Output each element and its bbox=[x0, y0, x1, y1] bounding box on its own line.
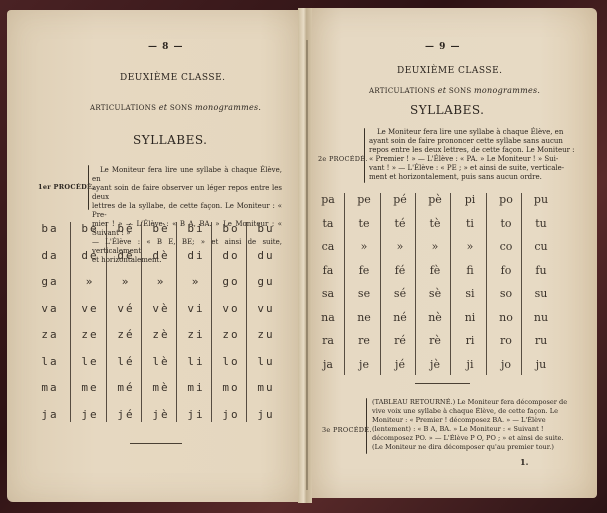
syllable-cell: pi bbox=[452, 193, 488, 206]
syllable-cell: to bbox=[488, 217, 524, 230]
syllable-cell: me bbox=[72, 381, 108, 394]
syllable-cell: sa bbox=[310, 287, 346, 300]
spine-fold bbox=[306, 40, 308, 490]
syllable-cell: be bbox=[72, 222, 108, 235]
syllable-cell: te bbox=[346, 217, 382, 230]
syllable-cell: li bbox=[178, 355, 214, 368]
syllable-cell: jé bbox=[108, 408, 144, 421]
syllable-cell: fe bbox=[346, 264, 382, 277]
syllable-cell: rè bbox=[417, 334, 453, 347]
syllable-cell: re bbox=[346, 334, 382, 347]
left-procedure-brace bbox=[88, 165, 89, 210]
syllable-cell: je bbox=[72, 408, 108, 421]
book-gutter bbox=[298, 8, 312, 503]
procedure-line: Le Moniteur fera lire une syllabe à chaq… bbox=[369, 128, 591, 137]
syllable-cell: du bbox=[248, 249, 284, 262]
right-procedure-2-brace bbox=[364, 128, 365, 183]
syllable-cell: se bbox=[346, 287, 382, 300]
right-procedure-3-label: 3e PROCÉDÉ. bbox=[322, 426, 372, 434]
syllable-cell: jè bbox=[143, 408, 179, 421]
syllable-cell: ve bbox=[72, 302, 108, 315]
syllable-cell: zu bbox=[248, 328, 284, 341]
right-procedure-2-label: 2e PROCÉDÉ. bbox=[318, 155, 368, 163]
syllable-cell: ro bbox=[488, 334, 524, 347]
subtitle-sons: SONS bbox=[170, 104, 193, 112]
syllable-cell: go bbox=[213, 275, 249, 288]
syllable-cell: tè bbox=[417, 217, 453, 230]
syllable-cell: vè bbox=[143, 302, 179, 315]
syllable-cell: ta bbox=[310, 217, 346, 230]
syllable-cell: gu bbox=[248, 275, 284, 288]
left-page-number: — 8 — bbox=[148, 42, 184, 52]
right-class-title: DEUXIÈME CLASSE. bbox=[397, 66, 503, 76]
right-page-number: — 9 — bbox=[425, 42, 461, 52]
column-divider bbox=[344, 193, 345, 375]
left-class-title: DEUXIÈME CLASSE. bbox=[120, 73, 226, 83]
syllable-cell: » bbox=[382, 240, 418, 253]
left-subtitle: ARTICULATIONS et SONS monogrammes. bbox=[90, 103, 261, 112]
procedure-line: Moniteur : « Premier ! décomposez BA. » … bbox=[372, 416, 597, 425]
column-divider bbox=[486, 193, 487, 375]
subtitle-monogrammes: monogrammes. bbox=[195, 103, 261, 112]
procedure-line: (lentement) : « B A, BA. » Le Moniteur :… bbox=[372, 425, 597, 434]
column-divider bbox=[415, 193, 416, 375]
syllable-cell: lè bbox=[143, 355, 179, 368]
procedure-line: décomposez PO. » — L'Élève P O, PO ; » e… bbox=[372, 434, 597, 443]
syllable-cell: sé bbox=[382, 287, 418, 300]
syllable-cell: ja bbox=[32, 408, 68, 421]
procedure-line: vant ! » — L'Élève : « PE ; » et ainsi d… bbox=[369, 164, 591, 173]
procedure-line: Le Moniteur fera lire une syllabe à chaq… bbox=[92, 166, 282, 184]
syllable-cell: mé bbox=[108, 381, 144, 394]
syllable-cell: fa bbox=[310, 264, 346, 277]
column-divider bbox=[380, 193, 381, 375]
syllable-cell: nè bbox=[417, 311, 453, 324]
syllable-cell: jo bbox=[488, 358, 524, 371]
syllable-cell: mè bbox=[143, 381, 179, 394]
column-divider bbox=[141, 222, 142, 422]
right-procedure-3-brace bbox=[366, 398, 367, 454]
syllable-cell: mi bbox=[178, 381, 214, 394]
syllable-cell: da bbox=[32, 249, 68, 262]
syllable-cell: ju bbox=[248, 408, 284, 421]
syllable-cell: mo bbox=[213, 381, 249, 394]
syllable-cell: ja bbox=[310, 358, 346, 371]
syllable-cell: zi bbox=[178, 328, 214, 341]
right-procedure-2-text: Le Moniteur fera lire une syllabe à chaq… bbox=[369, 128, 591, 182]
syllable-cell: na bbox=[310, 311, 346, 324]
syllable-cell: bé bbox=[108, 222, 144, 235]
syllable-cell: » bbox=[72, 275, 108, 288]
right-subtitle: ARTICULATIONS et SONS monogrammes. bbox=[369, 86, 540, 95]
syllable-cell: ma bbox=[32, 381, 68, 394]
syllable-cell: di bbox=[178, 249, 214, 262]
syllable-cell: la bbox=[32, 355, 68, 368]
syllable-cell: » bbox=[346, 240, 382, 253]
syllable-cell: jé bbox=[382, 358, 418, 371]
syllable-cell: ti bbox=[452, 217, 488, 230]
syllable-cell: vi bbox=[178, 302, 214, 315]
syllable-cell: po bbox=[488, 193, 524, 206]
procedure-line: ayant soin de faire observer un léger re… bbox=[92, 184, 282, 202]
syllable-cell: ga bbox=[32, 275, 68, 288]
left-section-title: SYLLABES. bbox=[133, 133, 207, 147]
syllable-cell: so bbox=[488, 287, 524, 300]
syllable-cell: vé bbox=[108, 302, 144, 315]
syllable-cell: bo bbox=[213, 222, 249, 235]
procedure-line: vive voix une syllabe à chaque Élève, de… bbox=[372, 407, 597, 416]
signature-mark: 1. bbox=[520, 457, 528, 467]
procedure-line: ment et horizontalement, puis sans aucun… bbox=[369, 173, 591, 182]
syllable-cell: ré bbox=[382, 334, 418, 347]
syllable-cell: ru bbox=[523, 334, 559, 347]
column-divider bbox=[521, 193, 522, 375]
syllable-cell: fè bbox=[417, 264, 453, 277]
procedure-line: « Premier ! » — L'Élève : « PA. » Le Mon… bbox=[369, 155, 591, 164]
syllable-cell: bu bbox=[248, 222, 284, 235]
syllable-cell: do bbox=[213, 249, 249, 262]
syllable-cell: né bbox=[382, 311, 418, 324]
syllable-cell: dè bbox=[143, 249, 179, 262]
syllable-cell: va bbox=[32, 302, 68, 315]
syllable-cell: de bbox=[72, 249, 108, 262]
right-section-title: SYLLABES. bbox=[410, 103, 484, 117]
syllable-cell: no bbox=[488, 311, 524, 324]
syllable-cell: ra bbox=[310, 334, 346, 347]
syllable-cell: zé bbox=[108, 328, 144, 341]
syllable-cell: lo bbox=[213, 355, 249, 368]
syllable-cell: su bbox=[523, 287, 559, 300]
syllable-cell: nu bbox=[523, 311, 559, 324]
syllable-cell: mu bbox=[248, 381, 284, 394]
right-end-rule bbox=[415, 383, 470, 384]
column-divider bbox=[211, 222, 212, 422]
syllable-cell: » bbox=[108, 275, 144, 288]
syllable-cell: » bbox=[452, 240, 488, 253]
procedure-line: ayant soin de faire prononcer cette syll… bbox=[369, 137, 591, 146]
syllable-cell: fi bbox=[452, 264, 488, 277]
procedure-line: lettres de la syllabe, de cette façon. L… bbox=[92, 202, 282, 220]
syllable-cell: zè bbox=[143, 328, 179, 341]
syllable-cell: pe bbox=[346, 193, 382, 206]
syllable-cell: fo bbox=[488, 264, 524, 277]
syllable-cell: le bbox=[72, 355, 108, 368]
syllable-cell: dé bbox=[108, 249, 144, 262]
syllable-cell: bi bbox=[178, 222, 214, 235]
syllable-cell: pu bbox=[523, 193, 559, 206]
procedure-line: (TABLEAU RETOURNÉ.) Le Moniteur fera déc… bbox=[372, 398, 597, 407]
syllable-cell: ji bbox=[178, 408, 214, 421]
syllable-cell: pé bbox=[382, 193, 418, 206]
column-divider bbox=[106, 222, 107, 422]
syllable-cell: jè bbox=[417, 358, 453, 371]
syllable-cell: ri bbox=[452, 334, 488, 347]
syllable-cell: ji bbox=[452, 358, 488, 371]
syllable-cell: sè bbox=[417, 287, 453, 300]
syllable-cell: pa bbox=[310, 193, 346, 206]
syllable-cell: fé bbox=[382, 264, 418, 277]
subtitle-monogrammes: monogrammes. bbox=[474, 86, 540, 95]
syllable-cell: fu bbox=[523, 264, 559, 277]
syllable-cell: je bbox=[346, 358, 382, 371]
syllable-cell: lé bbox=[108, 355, 144, 368]
syllable-cell: vu bbox=[248, 302, 284, 315]
syllable-cell: ne bbox=[346, 311, 382, 324]
right-procedure-3-text: (TABLEAU RETOURNÉ.) Le Moniteur fera déc… bbox=[372, 398, 597, 452]
syllable-cell: ca bbox=[310, 240, 346, 253]
syllable-cell: za bbox=[32, 328, 68, 341]
subtitle-articulations: ARTICULATIONS bbox=[369, 87, 435, 95]
syllable-cell: zo bbox=[213, 328, 249, 341]
syllable-cell: si bbox=[452, 287, 488, 300]
syllable-cell: ju bbox=[523, 358, 559, 371]
syllable-cell: tu bbox=[523, 217, 559, 230]
subtitle-articulations: ARTICULATIONS bbox=[90, 104, 156, 112]
syllable-cell: » bbox=[178, 275, 214, 288]
syllable-cell: té bbox=[382, 217, 418, 230]
procedure-line: (Le Moniteur ne dira décomposer qu'au pr… bbox=[372, 443, 597, 452]
syllable-cell: » bbox=[143, 275, 179, 288]
procedure-line: repos entre les deux lettres, de cette f… bbox=[369, 146, 591, 155]
syllable-cell: co bbox=[488, 240, 524, 253]
syllable-cell: ni bbox=[452, 311, 488, 324]
syllable-cell: jo bbox=[213, 408, 249, 421]
column-divider bbox=[176, 222, 177, 422]
subtitle-et: et bbox=[438, 86, 447, 95]
left-end-rule bbox=[130, 443, 182, 444]
column-divider bbox=[246, 222, 247, 422]
syllable-cell: pè bbox=[417, 193, 453, 206]
syllable-cell: bè bbox=[143, 222, 179, 235]
syllable-cell: lu bbox=[248, 355, 284, 368]
column-divider bbox=[450, 193, 451, 375]
syllable-cell: vo bbox=[213, 302, 249, 315]
syllable-cell: ze bbox=[72, 328, 108, 341]
subtitle-et: et bbox=[159, 103, 168, 112]
syllable-cell: cu bbox=[523, 240, 559, 253]
column-divider bbox=[70, 222, 71, 422]
left-procedure-label: 1er PROCÉDÉ. bbox=[38, 183, 95, 191]
syllable-cell: ba bbox=[32, 222, 68, 235]
syllable-cell: » bbox=[417, 240, 453, 253]
subtitle-sons: SONS bbox=[449, 87, 472, 95]
